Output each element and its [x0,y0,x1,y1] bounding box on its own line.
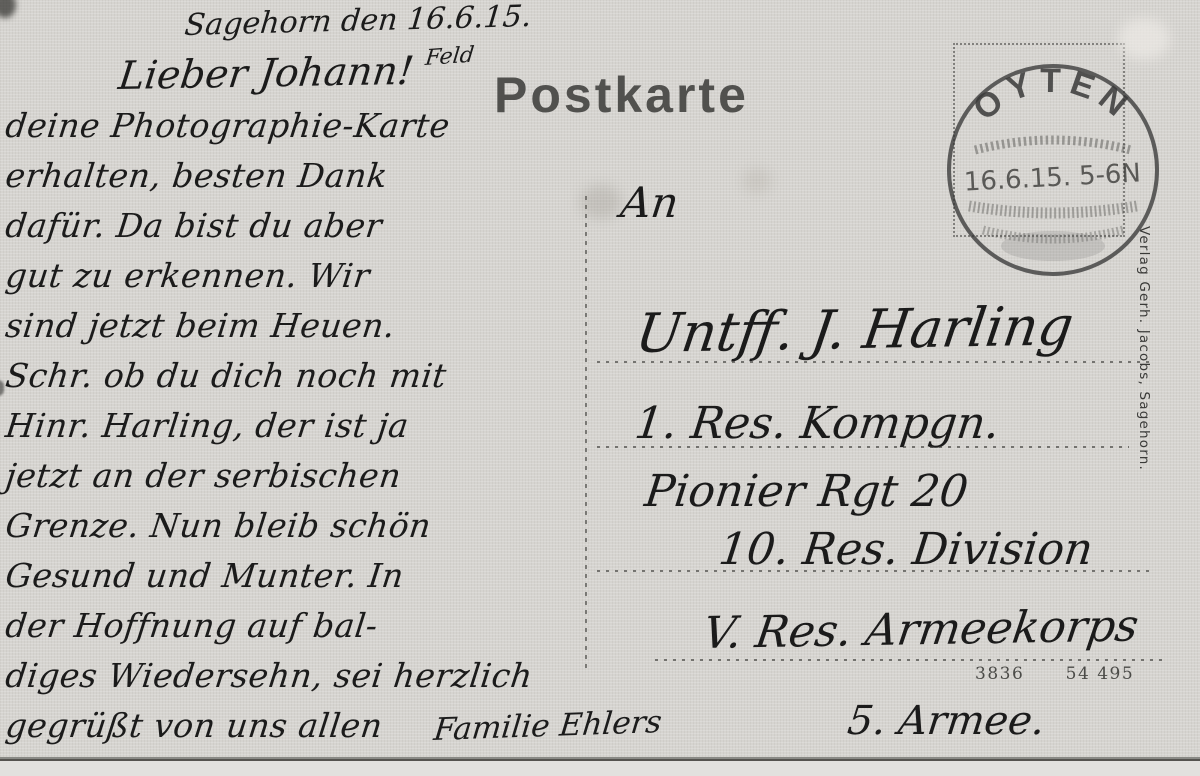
dateline: Sagehorn den 16.6.15. [183,0,533,43]
message-line: Gesund und Munter. In [2,556,648,606]
paper-stain [742,168,772,194]
message-line: der Hoffnung auf bal- [2,606,648,656]
message-line: Schr. ob du dich noch mit [2,356,648,406]
message-line: sind jetzt beim Heuen. [2,306,648,356]
address-unit-line: V. Res. Armeekorps [700,600,1142,659]
message-line: erhalten, besten Dank [2,156,648,206]
address-rule-3 [597,570,1149,572]
message-line: Grenze. Nun bleib schön [2,506,648,556]
message-body: deine Photographie-Karte erhalten, beste… [2,106,642,756]
postmark-town-arc: OYTEN [966,62,1140,128]
message-line: dafür. Da bist du aber [2,206,648,256]
address-an: An [618,178,681,227]
address-unit-line: Pionier Rgt 20 [642,466,971,517]
address-unit-line: 1. Res. Kompgn. [632,398,1003,449]
card-bottom-edge [0,757,1200,776]
message-line: jetzt an der serbischen [2,456,648,506]
scan-corner-mark [0,0,16,18]
publisher-imprint: Verlag Gerh. Jacobs, Sagehorn. [1136,226,1152,556]
salutation: Lieber Johann! [116,49,416,99]
postcard-back: Postkarte Sagehorn den 16.6.15. Lieber J… [0,0,1200,776]
message-line: deine Photographie-Karte [2,106,648,156]
paper-light-spot [1118,18,1170,60]
postmark-smudge [1001,231,1105,261]
center-divider-rule [585,196,587,670]
postmark-date-text: 16.6.15. 5-6N [963,158,1142,197]
postmark-town-text: OYTEN [966,62,1140,128]
postmark-hatch-band-lower [969,206,1137,213]
address-rule-2 [597,446,1129,448]
address-unit-line: 10. Res. Division [716,524,1096,575]
address-recipient: Untff. J. Harling [632,294,1077,365]
address-unit-line: 5. Armee. [845,698,1048,744]
message-line: diges Wiedersehn, sei herzlich [2,656,648,706]
address-rule-1 [597,361,1149,363]
inserted-word-feld: Feld [424,43,475,71]
message-line: Hinr. Harling, der ist ja [2,406,648,456]
print-number: 3836 54 495 [975,664,1134,684]
postmark-stamp: OYTEN 16.6.15. 5-6N [943,58,1163,278]
paper-stain [580,185,622,219]
message-line: gut zu erkennen. Wir [2,256,648,306]
postmark-hatch-band-upper [975,140,1131,150]
address-rule-4 [655,659,1167,661]
